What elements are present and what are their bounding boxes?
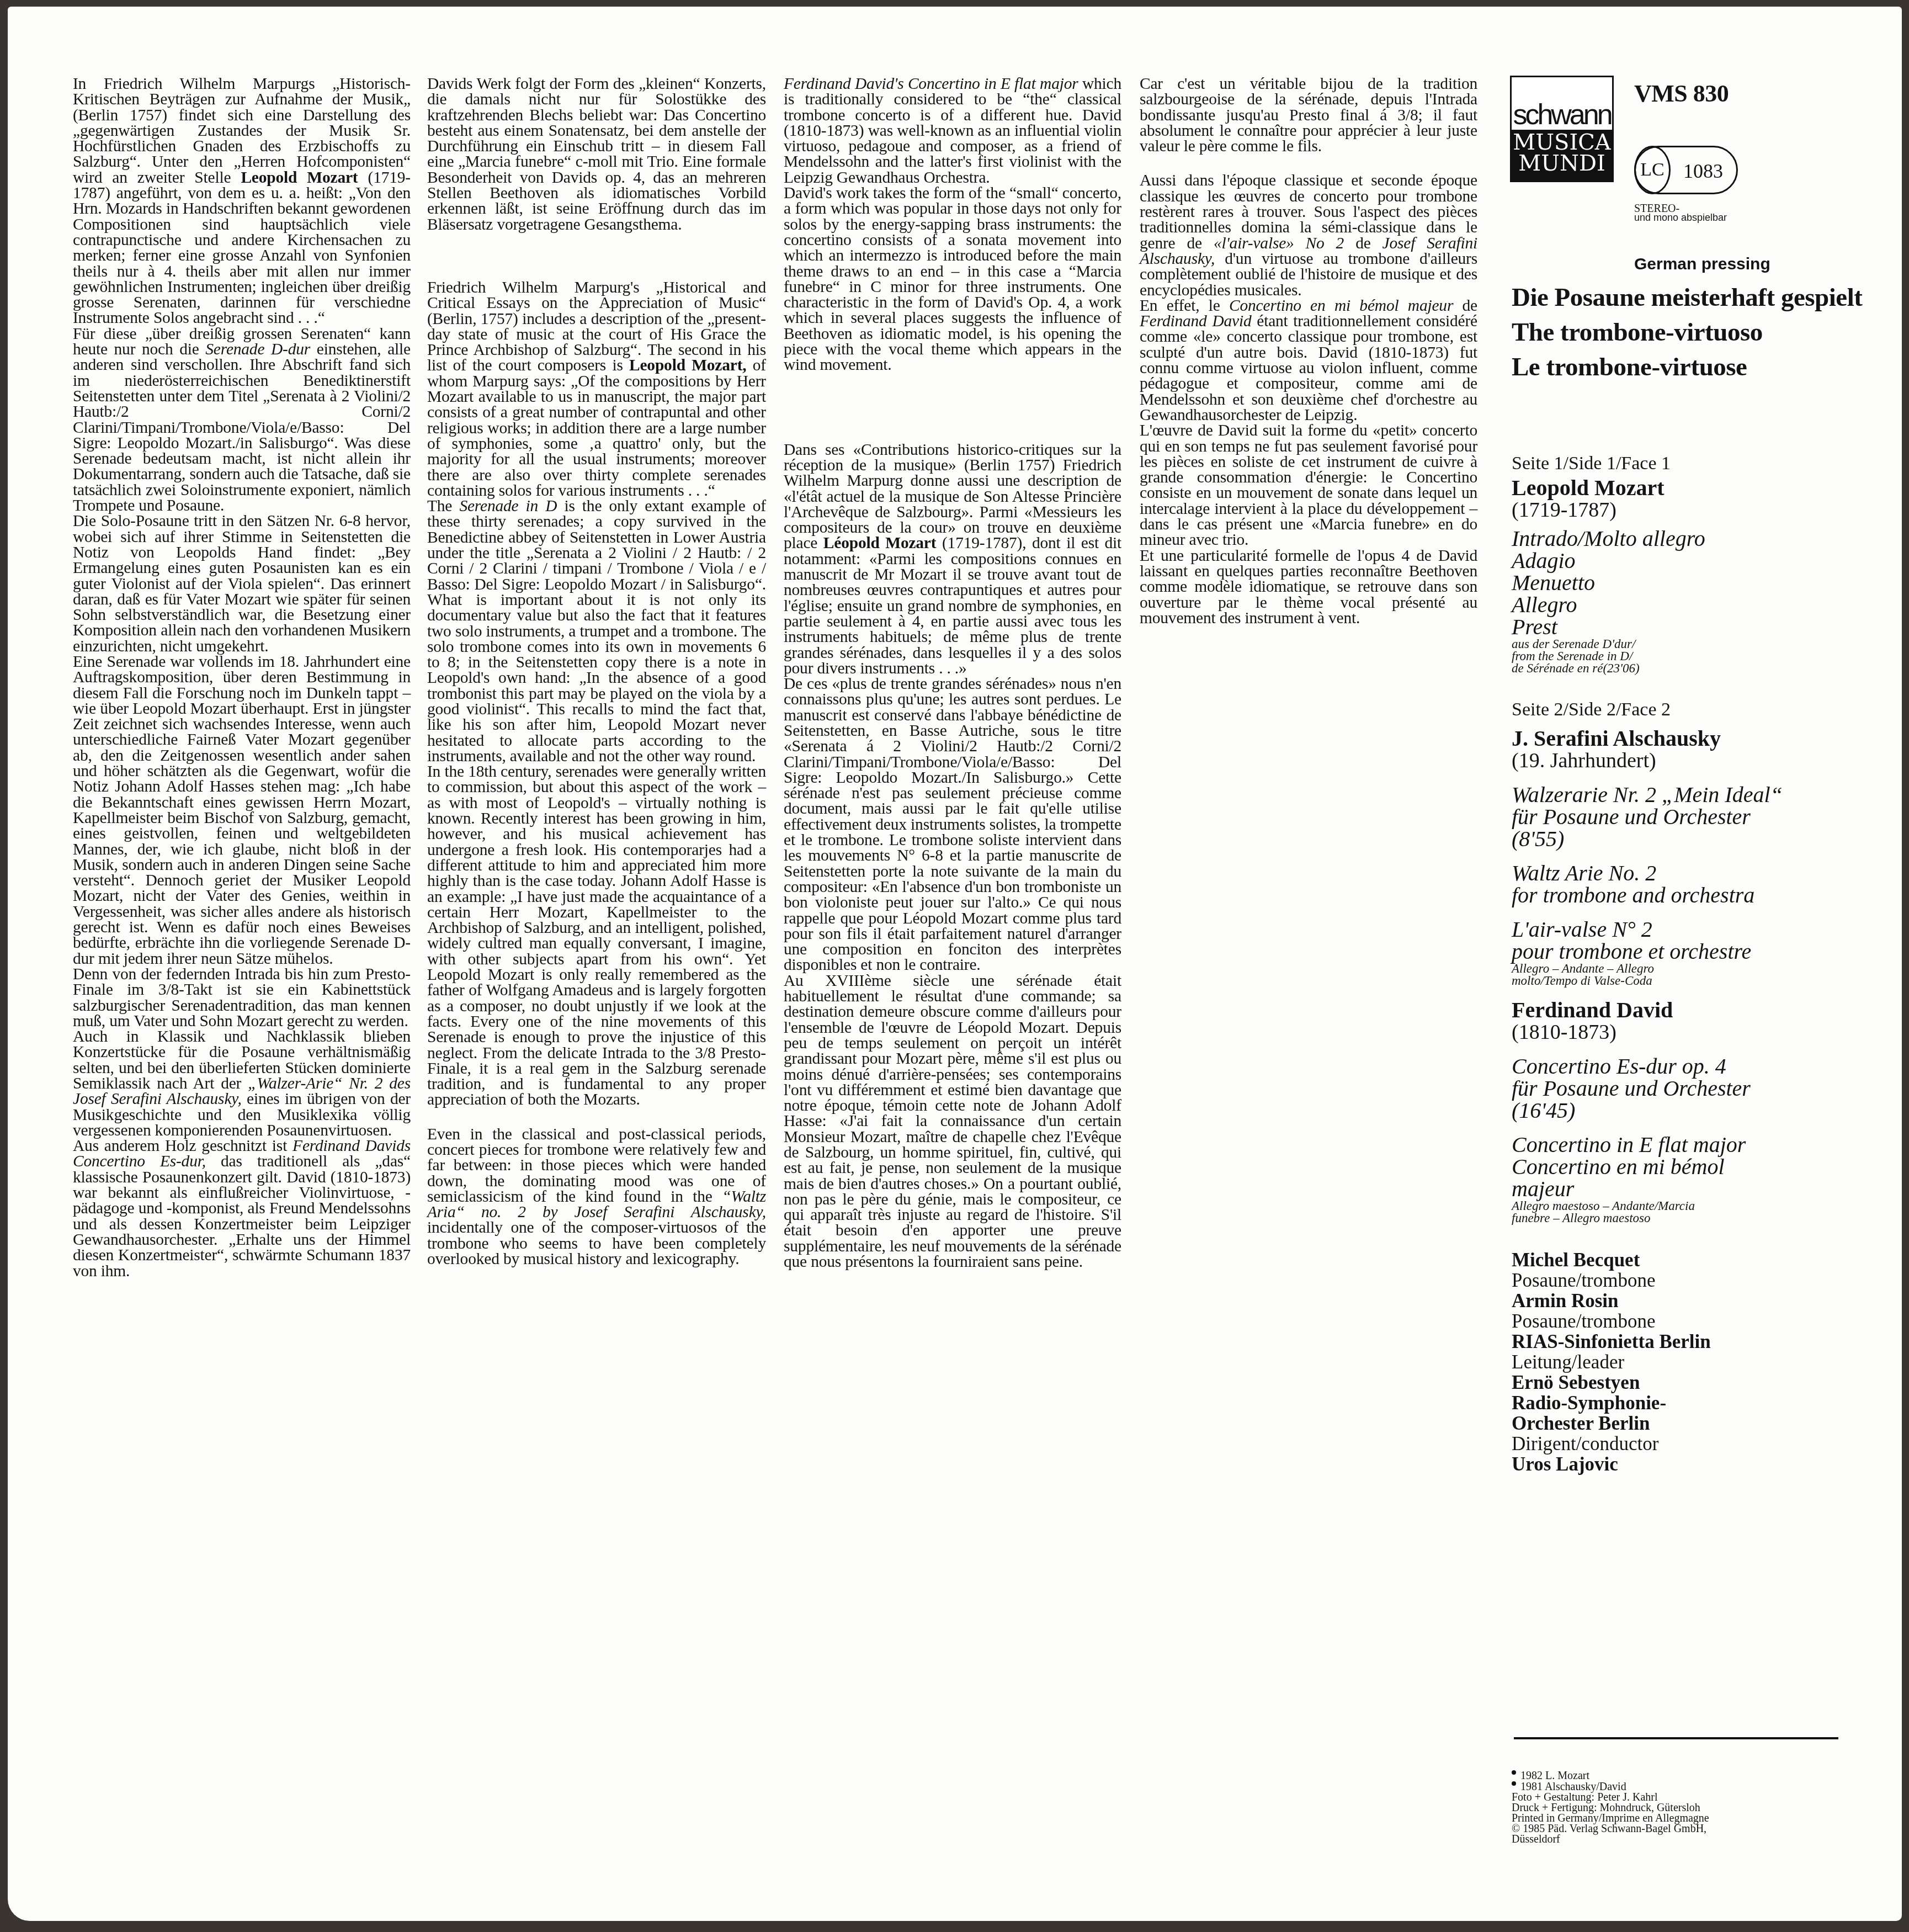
title-line: Walzerarie Nr. 2 „Mein Ideal“ [1512,784,1876,806]
composer-name: Leopold Mozart [241,169,358,187]
composer: J. Serafini Alschausky [1512,728,1876,750]
title-line: Concertino en mi bémol [1512,1156,1876,1178]
performer-credits: Michel Becquet Posaune/trombone Armin Ro… [1512,1250,1876,1474]
work-title: «l'air-valse» No 2 [1214,235,1344,252]
work-title: Ferdinand David's Concertino in E flat m… [784,75,1078,93]
paragraph: The Serenade in D is the only extant exa… [427,498,766,764]
work-title-en: Waltz Arie No. 2 for trombone and orches… [1512,862,1876,906]
title-line: L'air-valse N° 2 [1512,919,1876,941]
title-line: pour trombone et orchestre [1512,941,1876,963]
performer-name: Orchester Berlin [1512,1413,1876,1434]
performer-role: Leitung/leader [1512,1352,1876,1372]
composer-name: Leopold Mozart, [629,357,747,374]
performer-role: Posaune/trombone [1512,1311,1876,1331]
phonogram-line: 1982 L. Mozart [1512,1770,1709,1781]
text: which is traditionally considered to be … [784,75,1121,187]
title-line: Concertino Es-dur op. 4 [1512,1055,1876,1078]
album-titles: Die Posaune meisterhaft gespielt The tro… [1512,285,1865,380]
paragraph: Auch in Klassik und Nachklassik blieben … [73,1029,411,1138]
paragraph: Friedrich Wilhelm Marpurg's „Historical … [427,280,766,498]
composer: Ferdinand David [1512,999,1876,1021]
duration: (8'55) [1512,828,1876,850]
text: (1719-1787), dont il est dit notamment: … [784,534,1121,677]
paragraph: Et une particularité formelle de l'opus … [1140,548,1477,626]
album-info-sidebar: schwann MUSICA MUNDI VMS 830 LC 1083 STE… [1498,7,1895,1917]
performer-name: Uros Lajovic [1512,1454,1876,1474]
title-line: für Posaune und Orchester [1512,1078,1876,1100]
composer: Leopold Mozart [1512,477,1876,499]
composer-name: Léopold Mozart [823,534,937,552]
work-title: Serenade D-dur [205,341,310,358]
text: einstehen, alle anderen sind verschollen… [73,341,411,514]
text: (1719-1787) angeführt, von dem es u. a. … [73,169,411,327]
work-title-de: Walzerarie Nr. 2 „Mein Ideal“ für Posaun… [1512,784,1876,850]
performer-name: Ernö Sebestyen [1512,1372,1876,1393]
text: incidentally one of the composer-virtuos… [427,1219,766,1268]
paragraph: David's work takes the form of the “smal… [784,185,1121,373]
paragraph: Au XVIIIème siècle une sérénade était ha… [784,973,1121,1270]
work-title-de: Concertino Es-dur op. 4 für Posaune und … [1512,1055,1876,1122]
paragraph: Car c'est un véritable bijou de la tradi… [1140,76,1477,154]
paragraph: Denn von der federnden Intrada bis hin z… [73,967,411,1029]
title-line: majeur [1512,1178,1876,1200]
performer-name: Armin Rosin [1512,1291,1876,1311]
movement: Adagio [1512,550,1876,572]
composer-dates: (1719-1787) [1512,499,1876,521]
text: das traditionell als „das“ klassische Po… [73,1153,411,1280]
paragraph: En effet, le Concertino en mi bémol maje… [1140,298,1477,423]
title-line: for trombone and orchestra [1512,884,1876,906]
movement: Intrado/Molto allegro [1512,528,1876,550]
phonogram-icon [1512,1781,1516,1786]
catalog-number: VMS 830 [1634,79,1729,108]
text: is the only extant example of these thir… [427,497,766,765]
stereo-note: STEREO- und mono abspielbar [1634,204,1727,222]
logo-line: MUSICA [1512,132,1612,153]
paragraph: In the 18th century, serenades were gene… [427,764,766,1108]
work-title: Concertino en mi bémol majeur [1229,297,1453,315]
paragraph: Aussi dans l'époque classique et seconde… [1140,173,1477,298]
liner-notes-col2: Davids Werk folgt der Form des „kleinen“… [427,76,766,1267]
performer-name: Radio-Symphonie- [1512,1393,1876,1413]
composer-name: Ferdinand David [1140,312,1252,330]
logo-wordmark: schwann [1512,77,1612,131]
work-title: Serenade in D [459,497,557,515]
text: The [427,497,459,515]
text: Aus anderem Holz geschnitzt ist [73,1137,293,1155]
paragraph: Even in the classical and post-classical… [427,1127,766,1267]
movement: Allegro [1512,594,1876,616]
text: En effet, le [1140,297,1229,315]
logo-musica-mundi: MUSICA MUNDI [1512,130,1612,181]
source-note: de Sérénade en ré(23'06) [1512,662,1876,675]
schwann-musica-mundi-logo: schwann MUSICA MUNDI [1510,76,1614,182]
paragraph: L'œuvre de David suit la forme du «petit… [1140,423,1477,548]
paragraph: De ces «plus de trente grandes sérénades… [784,676,1121,973]
title-line: für Posaune und Orchester [1512,806,1876,828]
production-credits: 1982 L. Mozart 1981 Alschausky/David Fot… [1512,1770,1709,1845]
movement-note: Allegro maestoso – Andante/Marcia [1512,1200,1876,1212]
divider-rule [1514,1737,1838,1739]
movement: Menuetto [1512,572,1876,594]
stereo-line: und mono abspielbar [1634,213,1727,222]
performer-role: Posaune/trombone [1512,1270,1876,1291]
paragraph: Die Solo-Posaune tritt in den Sätzen Nr.… [73,513,411,654]
liner-notes-german-col1: In Friedrich Wilhelm Marpurgs „Historisc… [73,76,411,1279]
title-english: The trombone-virtuoso [1512,320,1865,345]
side-1-label: Seite 1/Side 1/Face 1 [1512,453,1876,475]
text: 1982 L. Mozart [1520,1770,1589,1782]
movement-note: molto/Tempo di Valse-Coda [1512,975,1876,987]
movement-note: funebre – Allegro maestoso [1512,1212,1876,1224]
movement-list: Intrado/Molto allegro Adagio Menuetto Al… [1512,528,1876,638]
title-german: Die Posaune meisterhaft gespielt [1512,285,1865,310]
title-line: Concertino in E flat major [1512,1134,1876,1156]
performer-name: Michel Becquet [1512,1250,1876,1270]
title-french: Le trombone-virtuose [1512,355,1865,380]
lc-prefix: LC [1634,146,1671,194]
liner-notes-col3: Ferdinand David's Concertino in E flat m… [784,76,1121,1270]
side-2-label: Seite 2/Side 2/Face 2 [1512,699,1876,721]
paragraph: Für diese „über dreißig grossen Serenate… [73,326,411,514]
composer-dates: (1810-1873) [1512,1021,1876,1043]
movement-note: Allegro – Andante – Allegro [1512,963,1876,975]
text: de [1453,297,1477,315]
label-code-badge: LC 1083 [1634,146,1738,194]
source-note: from the Serenade in D/ [1512,650,1876,662]
performer-role: Dirigent/conductor [1512,1434,1876,1454]
text: étant traditionnellement considéré comme… [1140,312,1477,424]
text: de [1344,235,1382,252]
work-title-en-fr: Concertino in E flat major Concertino en… [1512,1134,1876,1200]
phonogram-line: 1981 Alschausky/David [1512,1781,1709,1792]
logo-line: MUNDI [1512,153,1612,174]
paragraph: Davids Werk folgt der Form des „kleinen“… [427,76,766,232]
paragraph: Aus anderem Holz geschnitzt ist Ferdinan… [73,1138,411,1279]
text: Even in the classical and post-classical… [427,1126,766,1206]
work-title-fr: L'air-valse N° 2 pour trombone et orches… [1512,919,1876,963]
duration: (16'45) [1512,1100,1876,1122]
pressing-note: German pressing [1634,255,1770,274]
record-back-cover: In Friedrich Wilhelm Marpurgs „Historisc… [8,7,1902,1921]
paragraph: Dans ses «Contributions historico-critiq… [784,442,1121,676]
phonogram-icon [1512,1770,1516,1775]
performer-name: RIAS-Sinfonietta Berlin [1512,1331,1876,1352]
paragraph: Ferdinand David's Concertino in E flat m… [784,76,1121,185]
movement: Prest [1512,616,1876,638]
source-note: aus der Serenade D'dur/ [1512,638,1876,650]
paragraph: Eine Serenade war vollends im 18. Jahrhu… [73,654,411,967]
publisher-city: Düsseldorf [1512,1834,1709,1845]
text: of whom Marpurg says: „Of the compositio… [427,357,766,499]
tracklist: Seite 1/Side 1/Face 1 Leopold Mozart (17… [1512,453,1876,1474]
liner-notes-col4: Car c'est un véritable bijou de la tradi… [1140,76,1477,626]
paragraph: In Friedrich Wilhelm Marpurgs „Historisc… [73,76,411,326]
lc-number: 1083 [1683,160,1723,183]
composer-dates: (19. Jahrhundert) [1512,750,1876,772]
title-line: Waltz Arie No. 2 [1512,862,1876,884]
